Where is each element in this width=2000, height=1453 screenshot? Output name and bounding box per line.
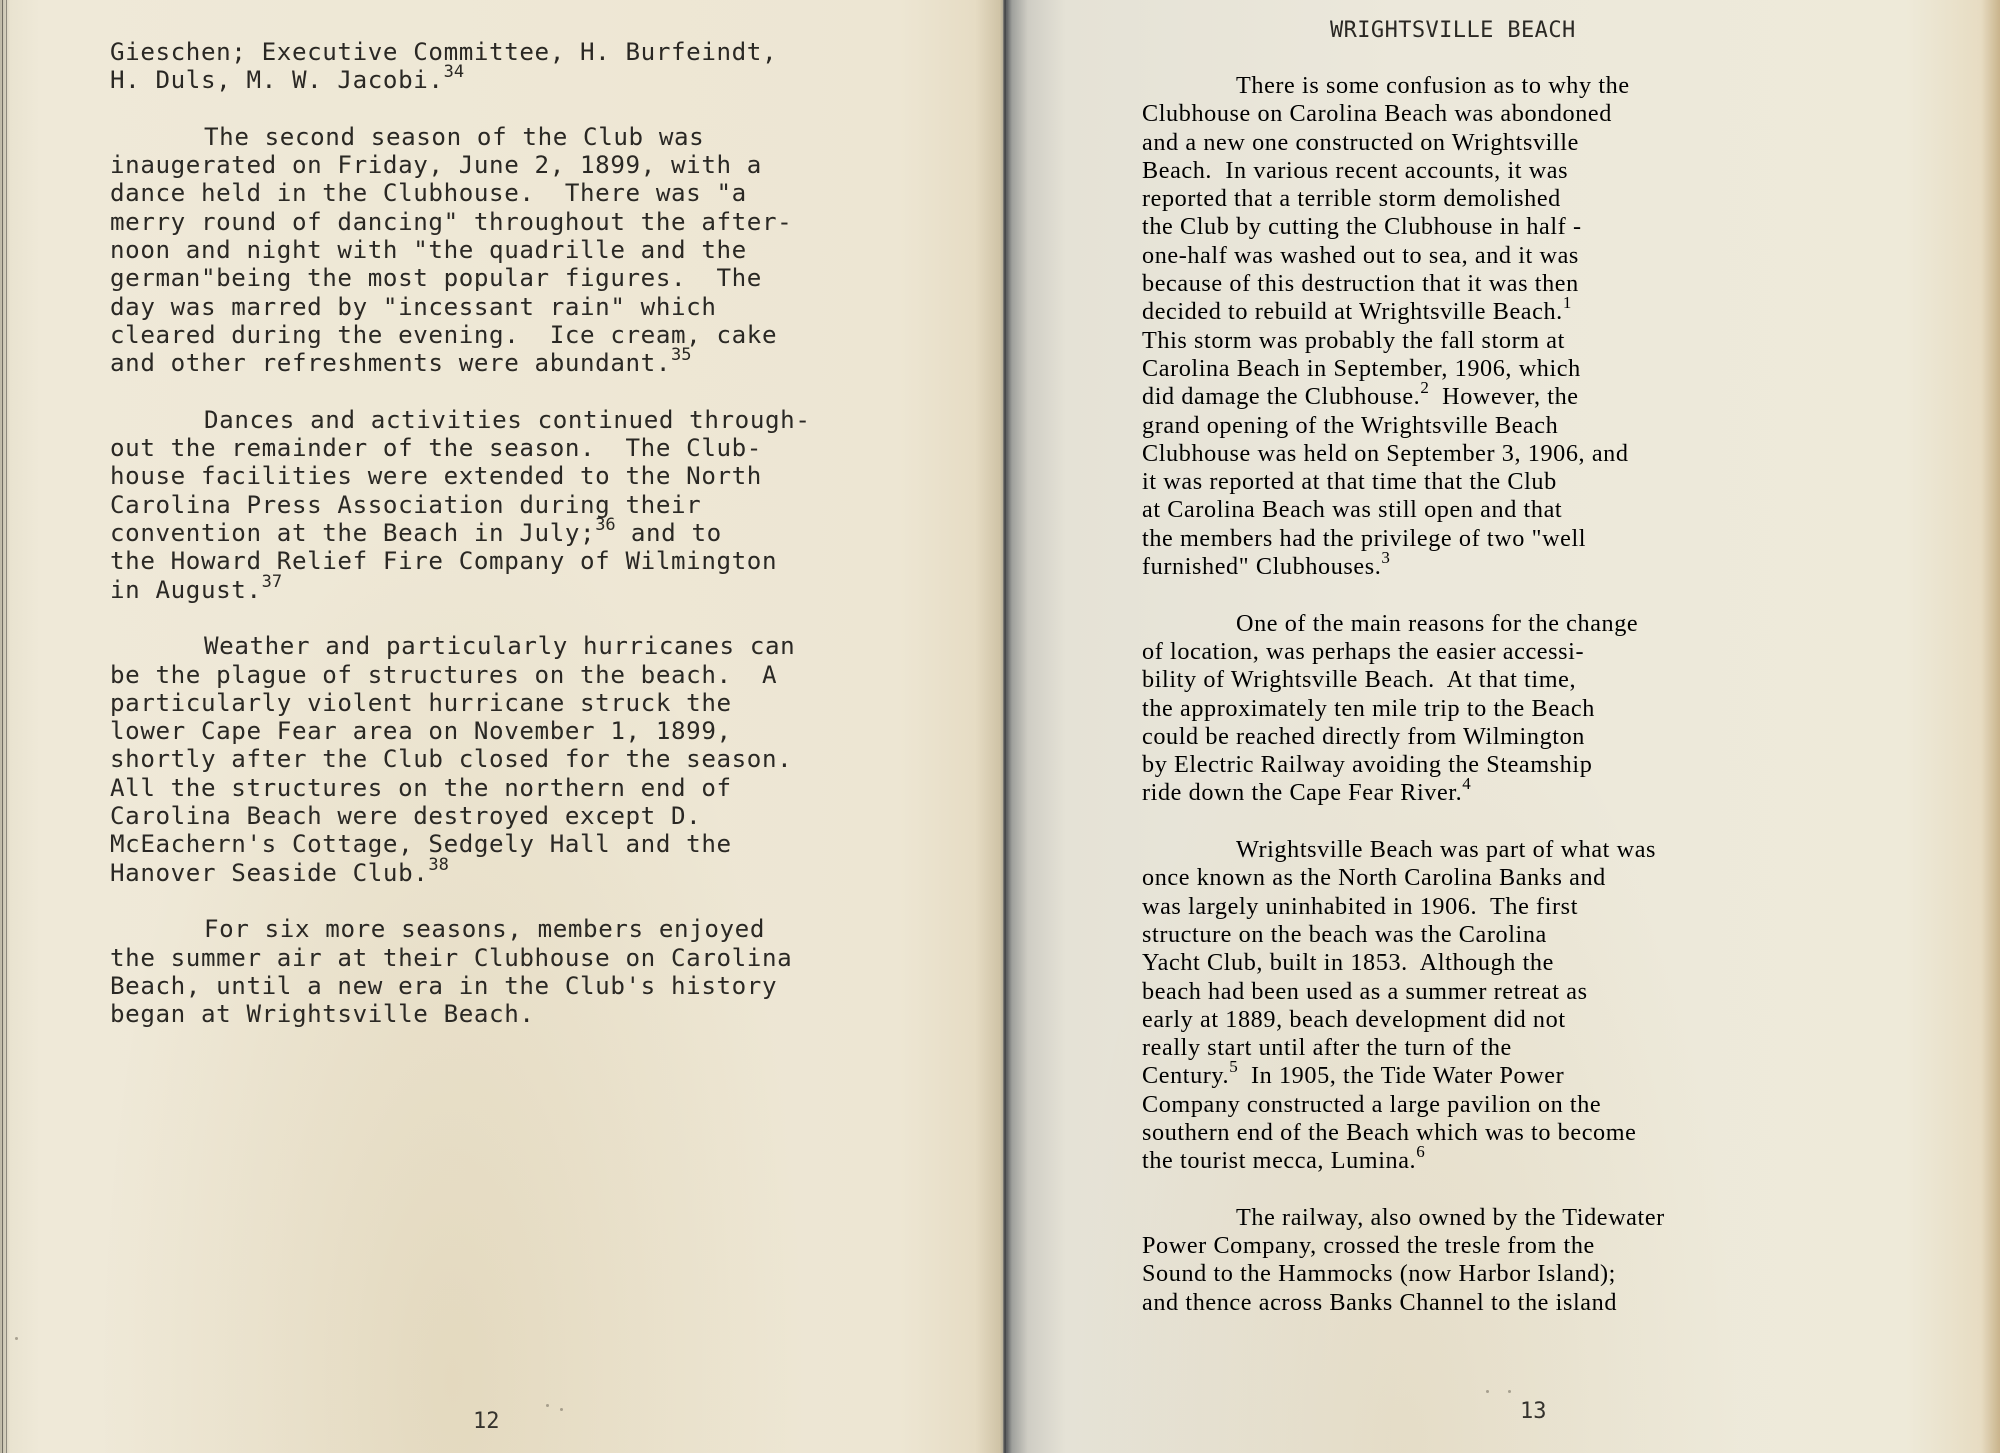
line-text: bility of Wrightsville Beach. At that ti… <box>1142 666 1576 693</box>
line-text: early at 1889, beach development did not <box>1142 1006 1566 1033</box>
text-line: beach had been used as a summer retreat … <box>1142 978 1665 1006</box>
line-text: by Electric Railway avoiding the Steamsh… <box>1142 751 1592 778</box>
line-text: and other refreshments were abundant. <box>110 349 671 377</box>
line-text: Clubhouse on Carolina Beach was abondone… <box>1142 100 1612 127</box>
text-line: H. Duls, M. W. Jacobi.34 <box>110 66 810 94</box>
left-page-body: Gieschen; Executive Committee, H. Burfei… <box>110 38 810 1057</box>
line-text: in August. <box>110 576 262 604</box>
footnote-marker: 36 <box>595 515 615 535</box>
text-line: Yacht Club, built in 1853. Although the <box>1142 949 1665 977</box>
book-gutter <box>1003 0 1007 1453</box>
text-line: structure on the beach was the Carolina <box>1142 921 1665 949</box>
paragraph: One of the main reasons for the changeof… <box>1142 610 1665 808</box>
text-line: did damage the Clubhouse.2 However, the <box>1142 383 1665 411</box>
line-text: One of the main reasons for the change <box>1236 610 1638 637</box>
footnote-marker: 37 <box>262 572 282 592</box>
text-line: Carolina Press Association during their <box>110 491 810 519</box>
line-text: because of this destruction that it was … <box>1142 270 1579 297</box>
text-line: ride down the Cape Fear River.4 <box>1142 779 1665 807</box>
text-line: One of the main reasons for the change <box>1142 610 1665 638</box>
footnote-marker: 34 <box>444 62 464 82</box>
paragraph: Weather and particularly hurricanes canb… <box>110 632 810 887</box>
line-text: dance held in the Clubhouse. There was "… <box>110 179 747 207</box>
line-text: There is some confusion as to why the <box>1236 72 1630 99</box>
line-text: once known as the North Carolina Banks a… <box>1142 864 1606 891</box>
text-line: the Howard Relief Fire Company of Wilmin… <box>110 547 810 575</box>
text-line: and a new one constructed on Wrightsvill… <box>1142 129 1665 157</box>
text-line: at Carolina Beach was still open and tha… <box>1142 496 1665 524</box>
line-text: Century. <box>1142 1062 1229 1089</box>
text-line: and thence across Banks Channel to the i… <box>1142 1289 1665 1317</box>
text-line: out the remainder of the season. The Clu… <box>110 434 810 462</box>
line-text: H. Duls, M. W. Jacobi. <box>110 66 444 94</box>
paragraph: Gieschen; Executive Committee, H. Burfei… <box>110 38 810 95</box>
line-text: could be reached directly from Wilmingto… <box>1142 723 1585 750</box>
paragraph: For six more seasons, members enjoyedthe… <box>110 915 810 1028</box>
line-text: This storm was probably the fall storm a… <box>1142 327 1565 354</box>
text-line: particularly violent hurricane struck th… <box>110 689 810 717</box>
line-text: furnished" Clubhouses. <box>1142 553 1381 580</box>
line-text: Beach. In various recent accounts, it wa… <box>1142 157 1568 184</box>
line-text: Carolina Beach were destroyed except D. <box>110 802 701 830</box>
paragraph: Dances and activities continued through-… <box>110 406 810 604</box>
line-text: structure on the beach was the Carolina <box>1142 921 1547 948</box>
text-line: reported that a terrible storm demolishe… <box>1142 185 1665 213</box>
text-line: Century.5 In 1905, the Tide Water Power <box>1142 1062 1665 1090</box>
text-line: Weather and particularly hurricanes can <box>110 632 810 660</box>
text-line: Clubhouse on Carolina Beach was abondone… <box>1142 100 1665 128</box>
text-line: began at Wrightsville Beach. <box>110 1000 810 1028</box>
line-text: the Howard Relief Fire Company of Wilmin… <box>110 547 777 575</box>
book-spread: Gieschen; Executive Committee, H. Burfei… <box>0 0 2000 1453</box>
text-line: could be reached directly from Wilmingto… <box>1142 723 1665 751</box>
text-line: the Club by cutting the Clubhouse in hal… <box>1142 213 1665 241</box>
paragraph: The railway, also owned by the Tidewater… <box>1142 1204 1665 1317</box>
line-text: reported that a terrible storm demolishe… <box>1142 185 1561 212</box>
text-line: merry round of dancing" throughout the a… <box>110 208 810 236</box>
paper-speck <box>1508 1390 1511 1393</box>
text-line: convention at the Beach in July;36 and t… <box>110 519 810 547</box>
line-text: Clubhouse was held on September 3, 1906,… <box>1142 440 1629 467</box>
text-line: Company constructed a large pavilion on … <box>1142 1091 1665 1119</box>
paper-speck <box>560 1408 563 1411</box>
footnote-marker: 3 <box>1381 548 1390 567</box>
text-line: inaugerated on Friday, June 2, 1899, wit… <box>110 151 810 179</box>
text-line: Power Company, crossed the tresle from t… <box>1142 1232 1665 1260</box>
text-line: be the plague of structures on the beach… <box>110 661 810 689</box>
text-line: Carolina Beach were destroyed except D. <box>110 802 810 830</box>
line-text: Dances and activities continued through- <box>204 406 810 434</box>
text-line: McEachern's Cottage, Sedgely Hall and th… <box>110 830 810 858</box>
text-line: furnished" Clubhouses.3 <box>1142 553 1665 581</box>
line-text: it was reported at that time that the Cl… <box>1142 468 1557 495</box>
footnote-marker: 5 <box>1229 1057 1238 1076</box>
text-line: lower Cape Fear area on November 1, 1899… <box>110 717 810 745</box>
line-text: the summer air at their Clubhouse on Car… <box>110 944 792 972</box>
text-line: southern end of the Beach which was to b… <box>1142 1119 1665 1147</box>
line-text: was largely uninhabited in 1906. The fir… <box>1142 893 1578 920</box>
line-text: shortly after the Club closed for the se… <box>110 745 792 773</box>
line-text: really start until after the turn of the <box>1142 1034 1512 1061</box>
paragraph: There is some confusion as to why theClu… <box>1142 72 1665 581</box>
right-page-body: There is some confusion as to why theClu… <box>1142 72 1665 1345</box>
text-line: day was marred by "incessant rain" which <box>110 293 810 321</box>
paper-speck <box>1486 1390 1489 1393</box>
text-line: because of this destruction that it was … <box>1142 270 1665 298</box>
line-text: be the plague of structures on the beach… <box>110 661 777 689</box>
text-line: it was reported at that time that the Cl… <box>1142 468 1665 496</box>
line-text: ride down the Cape Fear River. <box>1142 779 1462 806</box>
text-line: house facilities were extended to the No… <box>110 462 810 490</box>
footnote-marker: 6 <box>1416 1142 1425 1161</box>
text-line: one-half was washed out to sea, and it w… <box>1142 242 1665 270</box>
line-text: Hanover Seaside Club. <box>110 859 428 887</box>
line-text: beach had been used as a summer retreat … <box>1142 978 1588 1005</box>
text-line: noon and night with "the quadrille and t… <box>110 236 810 264</box>
text-line: Carolina Beach in September, 1906, which <box>1142 355 1665 383</box>
text-line: german"being the most popular figures. T… <box>110 264 810 292</box>
line-text: Carolina Beach in September, 1906, which <box>1142 355 1581 382</box>
paragraph: Wrightsville Beach was part of what waso… <box>1142 836 1665 1176</box>
text-line: Hanover Seaside Club.38 <box>110 859 810 887</box>
line-text: and to <box>616 519 722 547</box>
section-heading: WRIGHTSVILLE BEACH <box>1330 18 1576 43</box>
page-number-left: 12 <box>473 1409 500 1434</box>
line-text: merry round of dancing" throughout the a… <box>110 208 792 236</box>
line-text: particularly violent hurricane struck th… <box>110 689 732 717</box>
text-line: by Electric Railway avoiding the Steamsh… <box>1142 751 1665 779</box>
text-line: of location, was perhaps the easier acce… <box>1142 638 1665 666</box>
line-text: noon and night with "the quadrille and t… <box>110 236 747 264</box>
line-text: Beach, until a new era in the Club's his… <box>110 972 777 1000</box>
text-line: Sound to the Hammocks (now Harbor Island… <box>1142 1260 1665 1288</box>
text-line: bility of Wrightsville Beach. At that ti… <box>1142 666 1665 694</box>
text-line: Wrightsville Beach was part of what was <box>1142 836 1665 864</box>
footnote-marker: 1 <box>1563 293 1572 312</box>
line-text: german"being the most popular figures. T… <box>110 264 762 292</box>
line-text: inaugerated on Friday, June 2, 1899, wit… <box>110 151 762 179</box>
line-text: The railway, also owned by the Tidewater <box>1236 1204 1665 1231</box>
line-text: the Club by cutting the Clubhouse in hal… <box>1142 213 1582 240</box>
line-text: at Carolina Beach was still open and tha… <box>1142 496 1562 523</box>
line-text: However, the <box>1429 383 1579 410</box>
text-line: decided to rebuild at Wrightsville Beach… <box>1142 298 1665 326</box>
text-line: was largely uninhabited in 1906. The fir… <box>1142 893 1665 921</box>
line-text: day was marred by "incessant rain" which <box>110 293 716 321</box>
line-text: convention at the Beach in July; <box>110 519 595 547</box>
text-line: the approximately ten mile trip to the B… <box>1142 695 1665 723</box>
line-text: out the remainder of the season. The Clu… <box>110 434 762 462</box>
line-text: of location, was perhaps the easier acce… <box>1142 638 1584 665</box>
text-line: once known as the North Carolina Banks a… <box>1142 864 1665 892</box>
text-line: the members had the privilege of two "we… <box>1142 525 1665 553</box>
line-text: Power Company, crossed the tresle from t… <box>1142 1232 1595 1259</box>
paper-speck <box>15 1337 18 1340</box>
line-text: All the structures on the northern end o… <box>110 774 732 802</box>
line-text: lower Cape Fear area on November 1, 1899… <box>110 717 732 745</box>
text-line: Beach. In various recent accounts, it wa… <box>1142 157 1665 185</box>
footnote-marker: 38 <box>428 855 448 875</box>
line-text: The second season of the Club was <box>204 123 704 151</box>
footnote-marker: 2 <box>1420 378 1429 397</box>
left-page: Gieschen; Executive Committee, H. Burfei… <box>0 0 1006 1453</box>
paragraph: The second season of the Club wasinauger… <box>110 123 810 378</box>
line-text: the approximately ten mile trip to the B… <box>1142 695 1595 722</box>
text-line: grand opening of the Wrightsville Beach <box>1142 412 1665 440</box>
line-text: For six more seasons, members enjoyed <box>204 915 765 943</box>
line-text: the tourist mecca, Lumina. <box>1142 1147 1416 1174</box>
text-line: dance held in the Clubhouse. There was "… <box>110 179 810 207</box>
text-line: The railway, also owned by the Tidewater <box>1142 1204 1665 1232</box>
line-text: Sound to the Hammocks (now Harbor Island… <box>1142 1260 1616 1287</box>
text-line: The second season of the Club was <box>110 123 810 151</box>
text-line: For six more seasons, members enjoyed <box>110 915 810 943</box>
text-line: Clubhouse was held on September 3, 1906,… <box>1142 440 1665 468</box>
text-line: All the structures on the northern end o… <box>110 774 810 802</box>
line-text: and thence across Banks Channel to the i… <box>1142 1289 1617 1316</box>
line-text: Company constructed a large pavilion on … <box>1142 1091 1601 1118</box>
line-text: and a new one constructed on Wrightsvill… <box>1142 129 1579 156</box>
line-text: began at Wrightsville Beach. <box>110 1000 535 1028</box>
line-text: Weather and particularly hurricanes can <box>204 632 795 660</box>
text-line: and other refreshments were abundant.35 <box>110 349 810 377</box>
paper-speck <box>546 1404 549 1407</box>
text-line: There is some confusion as to why the <box>1142 72 1665 100</box>
line-text: In 1905, the Tide Water Power <box>1238 1062 1565 1089</box>
line-text: grand opening of the Wrightsville Beach <box>1142 412 1558 439</box>
text-line: early at 1889, beach development did not <box>1142 1006 1665 1034</box>
line-text: did damage the Clubhouse. <box>1142 383 1420 410</box>
page-number-right: 13 <box>1520 1399 1547 1424</box>
text-line: This storm was probably the fall storm a… <box>1142 327 1665 355</box>
text-line: cleared during the evening. Ice cream, c… <box>110 321 810 349</box>
line-text: decided to rebuild at Wrightsville Beach… <box>1142 298 1563 325</box>
line-text: southern end of the Beach which was to b… <box>1142 1119 1636 1146</box>
text-line: the tourist mecca, Lumina.6 <box>1142 1147 1665 1175</box>
line-text: the members had the privilege of two "we… <box>1142 525 1586 552</box>
text-line: shortly after the Club closed for the se… <box>110 745 810 773</box>
line-text: one-half was washed out to sea, and it w… <box>1142 242 1579 269</box>
footnote-marker: 35 <box>671 345 691 365</box>
line-text: Wrightsville Beach was part of what was <box>1236 836 1656 863</box>
text-line: Dances and activities continued through- <box>110 406 810 434</box>
line-text: McEachern's Cottage, Sedgely Hall and th… <box>110 830 732 858</box>
line-text: house facilities were extended to the No… <box>110 462 762 490</box>
line-text: Yacht Club, built in 1853. Although the <box>1142 949 1554 976</box>
text-line: Beach, until a new era in the Club's his… <box>110 972 810 1000</box>
text-line: in August.37 <box>110 576 810 604</box>
footnote-marker: 4 <box>1462 774 1471 793</box>
text-line: really start until after the turn of the <box>1142 1034 1665 1062</box>
text-line: the summer air at their Clubhouse on Car… <box>110 944 810 972</box>
